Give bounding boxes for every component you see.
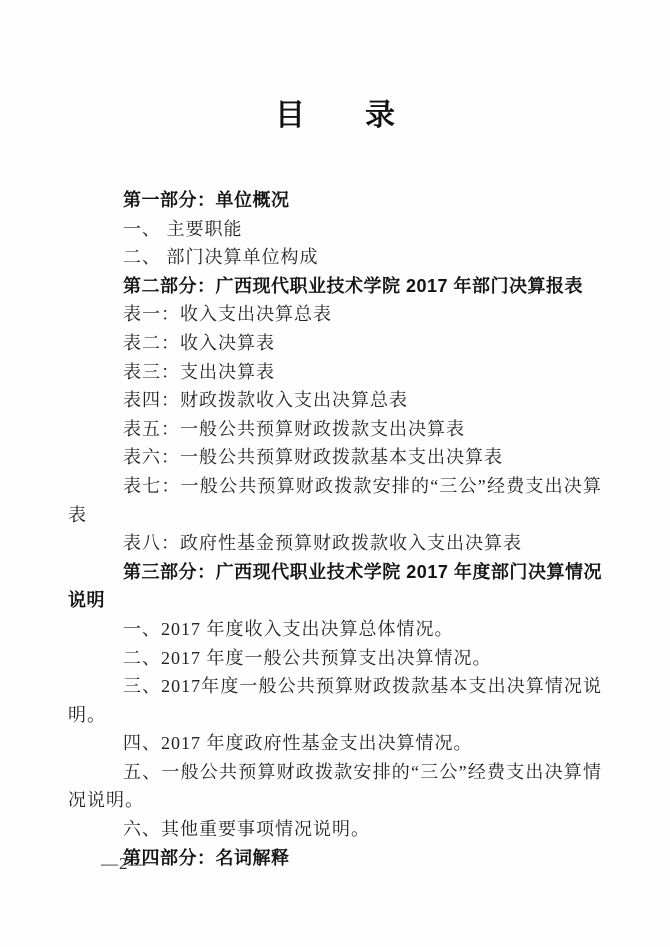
toc-item: 表七：一般公共预算财政拨款安排的“三公”经费支出决算表 (68, 472, 602, 529)
toc-item: 表三：支出决算表 (68, 358, 602, 387)
toc-item: 五、一般公共预算财政拨款安排的“三公”经费支出决算情况说明。 (68, 758, 602, 815)
page-number: —2— (101, 854, 147, 874)
toc-item: 表八：政府性基金预算财政拨款收入支出决算表 (68, 529, 602, 558)
toc-item: 四、2017 年度政府性基金支出决算情况。 (68, 729, 602, 758)
document-page: 目 录 第一部分：单位概况一、 主要职能二、 部门决算单位构成第二部分：广西现代… (0, 0, 670, 947)
toc-section-heading: 第三部分：广西现代职业技术学院 2017 年度部门决算情况说明 (68, 558, 602, 615)
toc-item: 一、2017 年度收入支出决算总体情况。 (68, 615, 602, 644)
toc-item: 表六：一般公共预算财政拨款基本支出决算表 (68, 443, 602, 472)
toc-item: 二、 部门决算单位构成 (68, 243, 602, 272)
toc-item: 表一：收入支出决算总表 (68, 300, 602, 329)
toc-item: 表五：一般公共预算财政拨款支出决算表 (68, 415, 602, 444)
toc-section-heading: 第二部分：广西现代职业技术学院 2017 年部门决算报表 (68, 272, 602, 301)
toc-item: 六、其他重要事项情况说明。 (68, 815, 602, 844)
toc-section-heading: 第四部分：名词解释 (68, 844, 602, 873)
toc-item: 三、2017年度一般公共预算财政拨款基本支出决算情况说明。 (68, 672, 602, 729)
toc-list: 第一部分：单位概况一、 主要职能二、 部门决算单位构成第二部分：广西现代职业技术… (68, 186, 602, 872)
page-title: 目 录 (0, 98, 670, 134)
toc-section-heading: 第一部分：单位概况 (68, 186, 602, 215)
toc-item: 二、2017 年度一般公共预算支出决算情况。 (68, 644, 602, 673)
toc-item: 表四：财政拨款收入支出决算总表 (68, 386, 602, 415)
toc-item: 表二：收入决算表 (68, 329, 602, 358)
toc-item: 一、 主要职能 (68, 215, 602, 244)
